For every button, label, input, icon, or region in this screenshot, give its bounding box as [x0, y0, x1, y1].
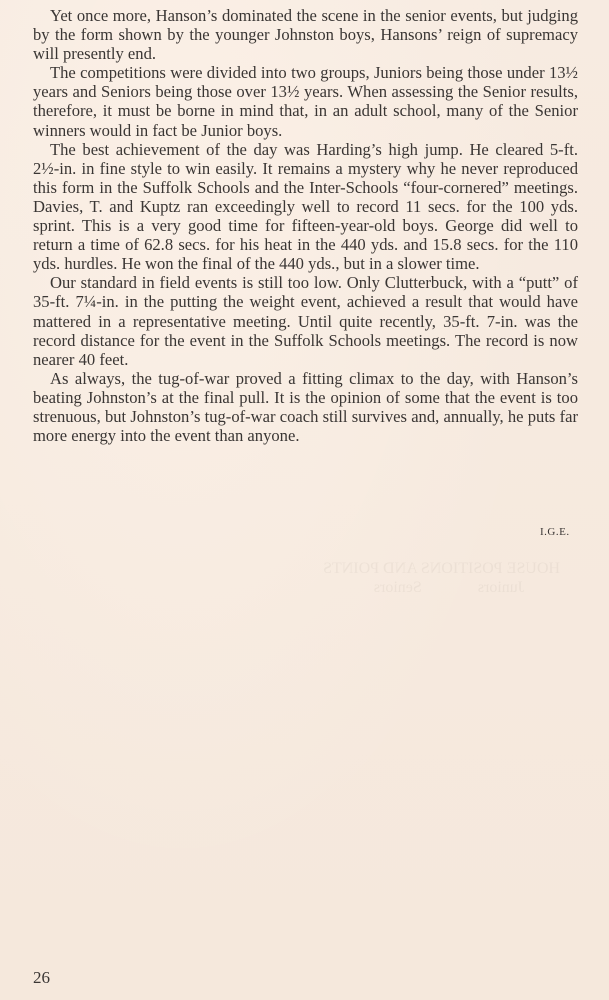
paragraph: As always, the tug-of-war proved a fitti… — [33, 369, 578, 445]
paragraph: The best achievement of the day was Hard… — [33, 140, 578, 274]
paragraph: Our standard in field events is still to… — [33, 273, 578, 368]
page-number: 26 — [33, 968, 50, 988]
paragraph: The competitions were divided into two g… — [33, 63, 578, 139]
article-body: Yet once more, Hanson’s dominated the sc… — [33, 6, 578, 445]
document-page: HOUSE POSITIONS AND POINTS Juniors Senio… — [0, 0, 609, 1000]
paragraph: Yet once more, Hanson’s dominated the sc… — [33, 6, 578, 63]
show-through-text: HOUSE POSITIONS AND POINTS Juniors Senio… — [60, 540, 560, 920]
author-signature: I.G.E. — [540, 526, 570, 538]
